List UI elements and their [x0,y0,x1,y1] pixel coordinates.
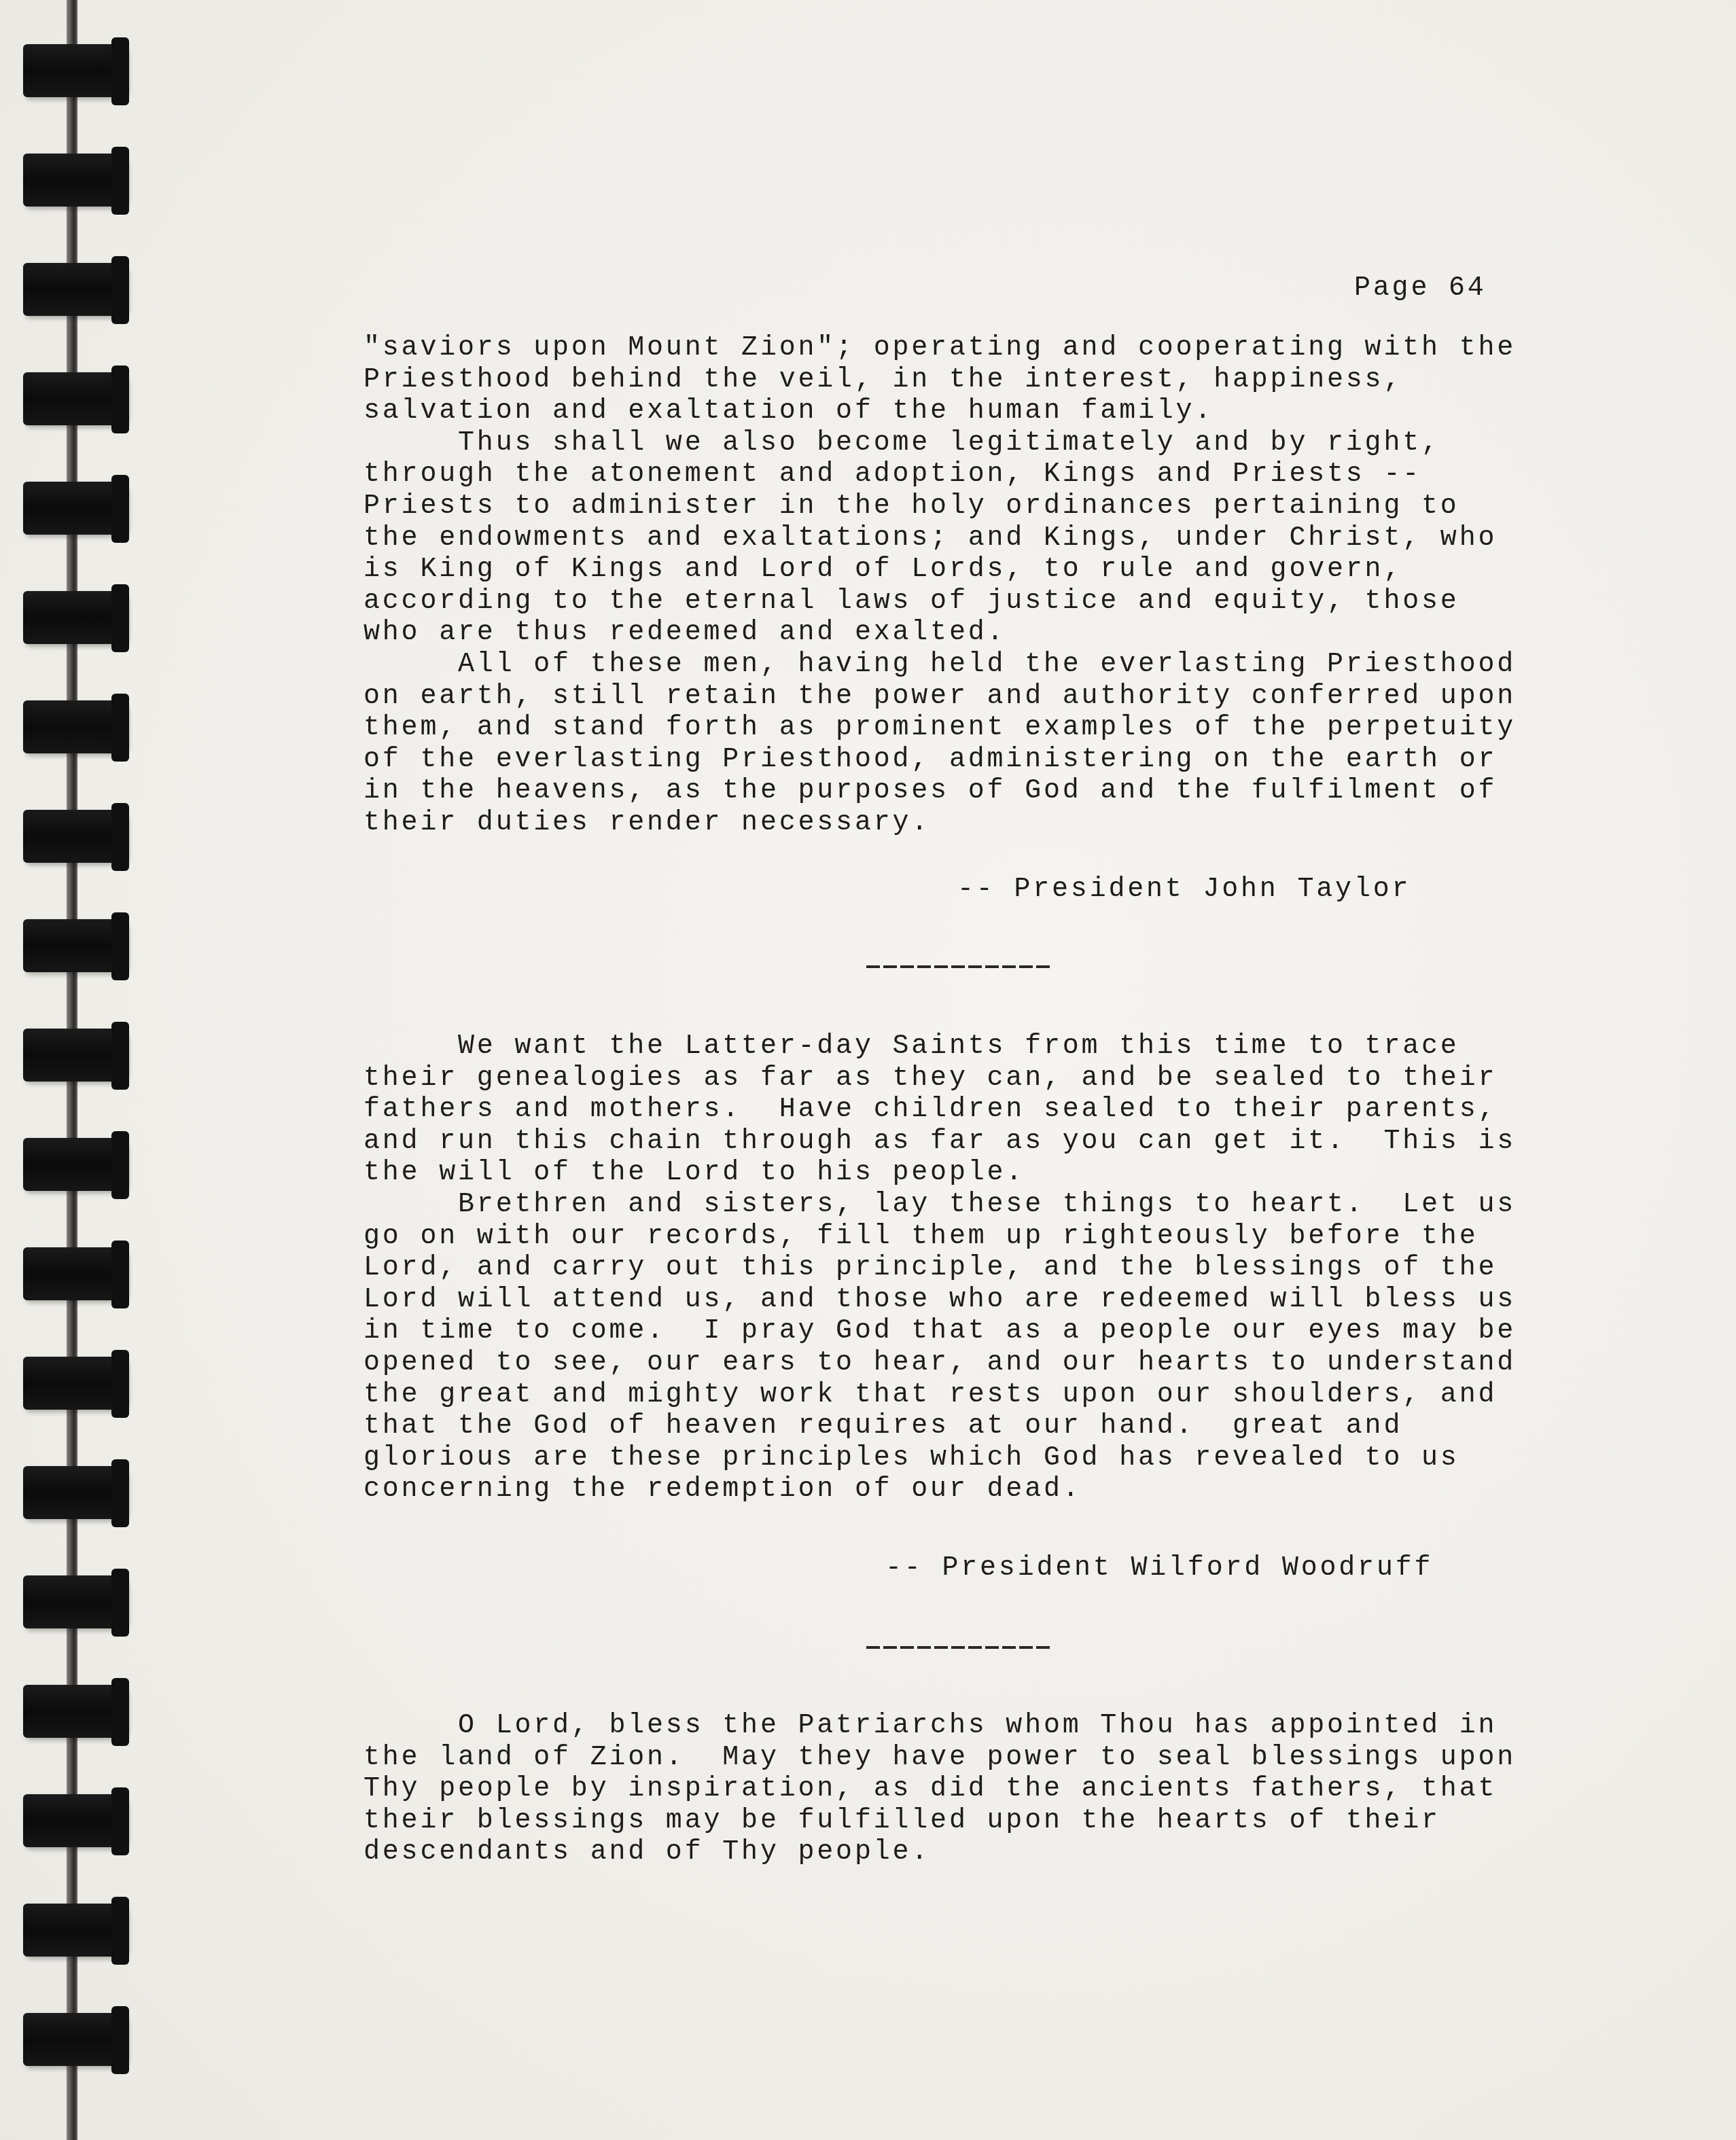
text-line: "saviors upon Mount Zion"; operating and… [364,333,1516,364]
text-line: All of these men, having held the everla… [364,649,1516,681]
binding-clip [23,591,126,644]
text-line: glorious are these principles which God … [364,1443,1459,1474]
binding-clip [23,1029,126,1082]
text-line: the endowments and exaltations; and King… [364,523,1497,554]
text-line: their duties render necessary. [364,808,930,839]
text-line: in time to come. I pray God that as a pe… [364,1316,1516,1347]
binding-clip [23,1794,126,1847]
binding-clip [23,372,126,425]
text-line: salvation and exaltation of the human fa… [364,396,1214,427]
binding-clip [23,482,126,535]
separator-rule [866,965,1051,968]
binding-clip [23,810,126,863]
text-line: Priests to administer in the holy ordina… [364,491,1459,522]
binding-clip [23,154,126,207]
binding-clip [23,1685,126,1738]
binding-clip [23,1138,126,1191]
text-line: them, and stand forth as prominent examp… [364,713,1516,744]
text-line: the great and mighty work that rests upo… [364,1380,1497,1411]
text-line: Thy people by inspiration, as did the an… [364,1774,1497,1805]
text-line: We want the Latter-day Saints from this … [364,1031,1459,1063]
text-line: Thus shall we also become legitimately a… [364,428,1440,459]
text-line: the will of the Lord to his people. [364,1158,1025,1189]
text-line: who are thus redeemed and exalted. [364,618,1006,649]
text-line: Priesthood behind the veil, in the inter… [364,365,1402,396]
text-line: opened to see, our ears to hear, and our… [364,1348,1516,1379]
text-line: descendants and of Thy people. [364,1837,930,1868]
binding-clip [23,1466,126,1519]
binding-clip [23,1575,126,1628]
text-line: go on with our records, fill them up rig… [364,1221,1478,1253]
text-line: their genealogies as far as they can, an… [364,1063,1497,1094]
text-line: is King of Kings and Lord of Lords, to r… [364,554,1402,586]
binding-clip [23,1247,126,1300]
binding-clip [23,1357,126,1410]
attribution-wilford-woodruff: -- President Wilford Woodruff [885,1553,1433,1584]
text-line: their blessings may be fulfilled upon th… [364,1806,1440,1837]
binding-clip [23,700,126,753]
binding-clip [23,2013,126,2066]
text-line: Brethren and sisters, lay these things t… [364,1190,1516,1221]
attribution-john-taylor: -- President John Taylor [957,874,1411,906]
binding-clip [23,1904,126,1957]
separator-rule [866,1646,1051,1649]
text-line: O Lord, bless the Patriarchs whom Thou h… [364,1711,1497,1742]
binding-clip [23,44,126,97]
text-line: Lord, and carry out this principle, and … [364,1253,1497,1284]
document-body: "saviors upon Mount Zion"; operating and… [364,0,1559,275]
text-line: the land of Zion. May they have power to… [364,1743,1516,1774]
page-number: Page 64 [1354,273,1487,304]
text-line: through the atonement and adoption, King… [364,459,1421,491]
text-line: in the heavens, as the purposes of God a… [364,776,1497,807]
text-line: fathers and mothers. Have children seale… [364,1094,1497,1126]
text-line: Lord will attend us, and those who are r… [364,1285,1516,1316]
text-line: and run this chain through as far as you… [364,1126,1516,1158]
text-line: of the everlasting Priesthood, administe… [364,745,1497,776]
text-line: concerning the redemption of our dead. [364,1474,1082,1505]
binding-clip [23,919,126,972]
text-line: that the God of heaven requires at our h… [364,1411,1402,1442]
text-line: according to the eternal laws of justice… [364,586,1459,618]
text-line: on earth, still retain the power and aut… [364,681,1516,713]
binding-clip [23,263,126,316]
